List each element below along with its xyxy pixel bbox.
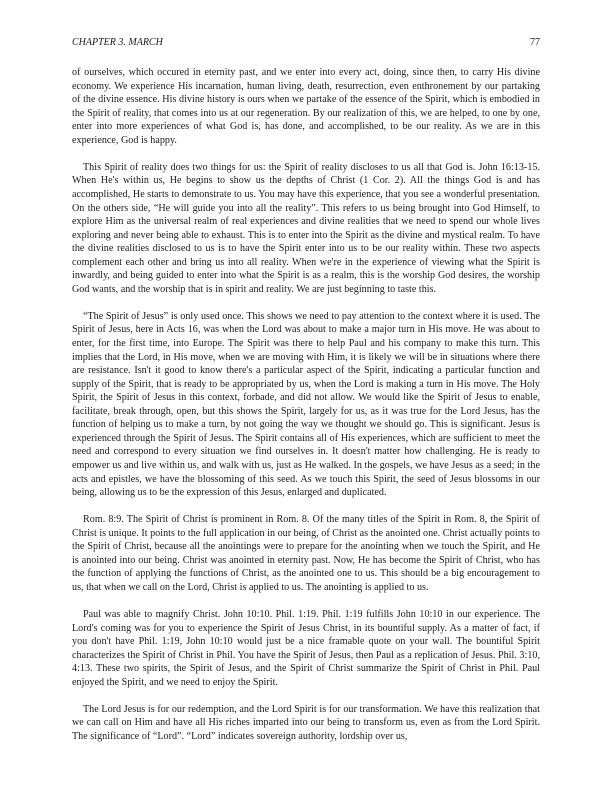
body-text: of ourselves, which occured in eternity … — [72, 66, 540, 757]
chapter-title: CHAPTER 3. MARCH — [72, 36, 163, 50]
paragraph-spirit-of-christ: Rom. 8:9. The Spirit of Christ is promin… — [72, 513, 540, 594]
paragraph-continuation: of ourselves, which occured in eternity … — [72, 66, 540, 147]
paragraph-spirit-of-jesus: “The Spirit of Jesus” is only used once.… — [72, 310, 540, 500]
page-number: 77 — [530, 36, 540, 50]
paragraph-spirit-of-reality: This Spirit of reality does two things f… — [72, 161, 540, 296]
running-header: CHAPTER 3. MARCH 77 — [72, 36, 540, 50]
paragraph-lord-spirit: The Lord Jesus is for our redemption, an… — [72, 703, 540, 744]
paragraph-magnify-christ: Paul was able to magnify Christ. John 10… — [72, 608, 540, 689]
